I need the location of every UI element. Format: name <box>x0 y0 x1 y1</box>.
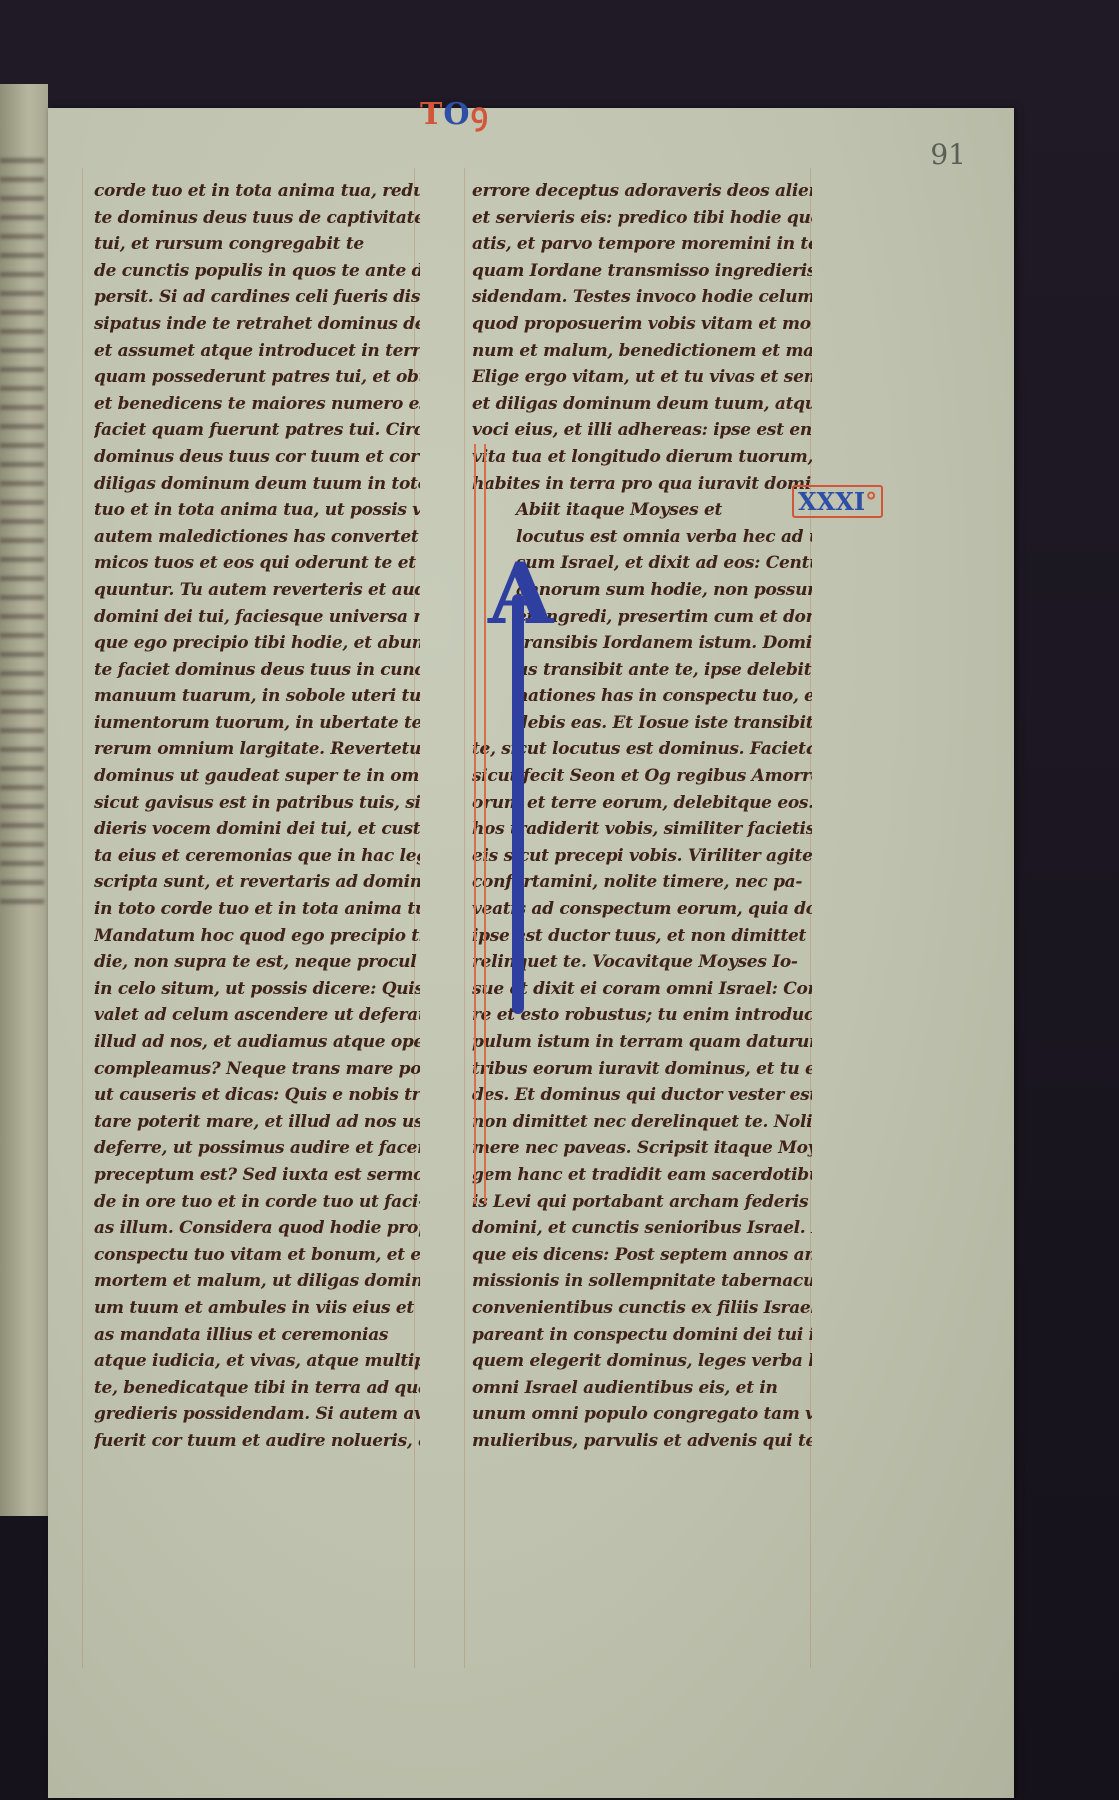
text-line: domini, et cunctis senioribus Israel. Pr… <box>472 1215 812 1242</box>
decorated-initial: A <box>488 484 548 1114</box>
running-head-mark: ꝯ <box>470 97 489 132</box>
text-line: diligas dominum deum tuum in toto corde <box>94 471 420 498</box>
text-line: vita tua et longitudo dierum tuorum, ut <box>472 444 812 471</box>
text-line: Elige ergo vitam, ut et tu vivas et seme… <box>472 364 812 391</box>
text-line: illud ad nos, et audiamus atque opere <box>94 1029 420 1056</box>
text-line: mortem et malum, ut diligas dominum de- <box>94 1268 420 1295</box>
folio-number: 91 <box>930 138 966 171</box>
text-line: voci eius, et illi adhereas: ipse est en… <box>472 417 812 444</box>
text-line: tuo et in tota anima tua, ut possis vive… <box>94 497 420 524</box>
text-line: que eis dicens: Post septem annos anno r… <box>472 1242 812 1269</box>
text-line: unum omni populo congregato tam viris qu… <box>472 1401 812 1428</box>
text-line: de cunctis populis in quos te ante dis- <box>94 258 420 285</box>
text-line: deferre, ut possimus audire et facere qu… <box>94 1135 420 1162</box>
text-line: de in ore tuo et in corde tuo ut faci- <box>94 1189 420 1216</box>
text-line: dominus deus tuus cor tuum et cor semini… <box>94 444 420 471</box>
text-line: conspectu tuo vitam et bonum, et econtra… <box>94 1242 420 1269</box>
text-line: um tuum et ambules in viis eius et custo… <box>94 1295 420 1322</box>
text-line: scripta sunt, et revertaris ad dominum d… <box>94 869 420 896</box>
text-line: omni Israel audientibus eis, et in <box>472 1375 812 1402</box>
text-line: compleamus? Neque trans mare positum, <box>94 1056 420 1083</box>
text-line: dominus ut gaudeat super te in omnibus b… <box>94 763 420 790</box>
blurred-text-lines <box>0 144 44 918</box>
running-head: TOꝯ <box>420 92 489 133</box>
text-line: valet ad celum ascendere ut deferat <box>94 1002 420 1029</box>
text-line: et assumet atque introducet in terram <box>94 338 420 365</box>
text-line: que ego precipio tibi hodie, et abundare <box>94 630 420 657</box>
text-line: as illum. Considera quod hodie proposuer… <box>94 1215 420 1242</box>
text-line: dieris vocem domini dei tui, et custodie… <box>94 816 420 843</box>
running-head-red: T <box>420 97 443 132</box>
text-line: micos tuos et eos qui oderunt te et pers… <box>94 550 420 577</box>
text-line: et servieris eis: predico tibi hodie quo… <box>472 205 812 232</box>
text-line: tare poterit mare, et illud ad nos usque <box>94 1109 420 1136</box>
text-line: in celo situm, ut possis dicere: Quis no… <box>94 976 420 1003</box>
chapter-numeral: XXXI <box>798 487 865 516</box>
initial-blue-stem <box>512 594 524 1014</box>
text-line: pareant in conspectu domini dei tui in l… <box>472 1322 812 1349</box>
text-line: persit. Si ad cardines celi fueris dis- <box>94 284 420 311</box>
text-line: atis, et parvo tempore moremini in terra… <box>472 231 812 258</box>
text-line: convenientibus cunctis ex filiis Israel … <box>472 1295 812 1322</box>
text-line: autem maledictiones has convertet in ini… <box>94 524 420 551</box>
text-line: corde tuo et in tota anima tua, reducet <box>94 178 420 205</box>
text-line: in toto corde tuo et in tota anima tua. <box>94 896 420 923</box>
text-line: sipatus inde te retrahet dominus deus tu… <box>94 311 420 338</box>
text-line: domini dei tui, faciesque universa manda… <box>94 604 420 631</box>
text-line: Mandatum hoc quod ego precipio tibi ho- <box>94 923 420 950</box>
text-line: is Levi qui portabant archam federis <box>472 1189 812 1216</box>
text-line: iumentorum tuorum, in ubertate terre tue… <box>94 710 420 737</box>
text-line: te dominus deus tuus de captivitate et m… <box>94 205 420 232</box>
text-line: die, non supra te est, neque procul posi… <box>94 949 420 976</box>
text-line: missionis in sollempnitate tabernaculoru… <box>472 1268 812 1295</box>
initial-letter: A <box>488 544 553 643</box>
manuscript-folio: TOꝯ 91 corde tuo et in tota anima tua, r… <box>48 108 1014 1798</box>
text-line: mulieribus, parvulis et advenis qui te- <box>472 1428 812 1455</box>
text-line: sicut gavisus est in patribus tuis, si t… <box>94 790 420 817</box>
text-line: quam Iordane transmisso ingredieris pos- <box>472 258 812 285</box>
text-line: as mandata illius et ceremonias <box>94 1322 420 1349</box>
text-line: fuerit cor tuum et audire nolueris, atqu… <box>94 1428 420 1455</box>
text-line: et benedicens te maiores numero esse <box>94 391 420 418</box>
text-line: mere nec paveas. Scripsit itaque Moyses … <box>472 1135 812 1162</box>
chapter-mark: ° <box>865 487 877 516</box>
text-line: sidendam. Testes invoco hodie celum et t… <box>472 284 812 311</box>
left-text-column: corde tuo et in tota anima tua, reducett… <box>94 178 420 1455</box>
text-line: quod proposuerim vobis vitam et mortem, … <box>472 311 812 338</box>
text-line: gredieris possidendam. Si autem aversum <box>94 1401 420 1428</box>
text-line: quuntur. Tu autem reverteris et audies v… <box>94 577 420 604</box>
text-line: et diligas dominum deum tuum, atque obed… <box>472 391 812 418</box>
text-line: atque iudicia, et vivas, atque multiplic… <box>94 1348 420 1375</box>
text-line: quam possederunt patres tui, et obtinebi… <box>94 364 420 391</box>
running-head-blue: O <box>443 97 470 132</box>
text-line: manuum tuarum, in sobole uteri tui et in… <box>94 683 420 710</box>
text-line: faciet quam fuerunt patres tui. Circumci… <box>94 417 420 444</box>
text-line: rerum omnium largitate. Revertetur enim <box>94 736 420 763</box>
text-line: te, benedicatque tibi in terra ad quam i… <box>94 1375 420 1402</box>
ruling-line <box>464 168 465 1668</box>
text-line: ta eius et ceremonias que in hac lege <box>94 843 420 870</box>
text-line: te faciet dominus deus tuus in cunctis o… <box>94 657 420 684</box>
chapter-number: XXXI° <box>792 485 883 518</box>
ruling-line <box>82 168 83 1668</box>
text-line: ut causeris et dicas: Quis e nobis trans… <box>94 1082 420 1109</box>
text-line: num et malum, benedictionem et maledicti… <box>472 338 812 365</box>
text-line: preceptum est? Sed iuxta est sermo val- <box>94 1162 420 1189</box>
text-line: errore deceptus adoraveris deos alienos <box>472 178 812 205</box>
previous-page-edge <box>0 84 48 1516</box>
red-flourish-penwork <box>474 444 486 1204</box>
text-line: tui, et rursum congregabit te <box>94 231 420 258</box>
text-line: gem hanc et tradidit eam sacerdotibus fi… <box>472 1162 812 1189</box>
text-line: quem elegerit dominus, leges verba legis… <box>472 1348 812 1375</box>
